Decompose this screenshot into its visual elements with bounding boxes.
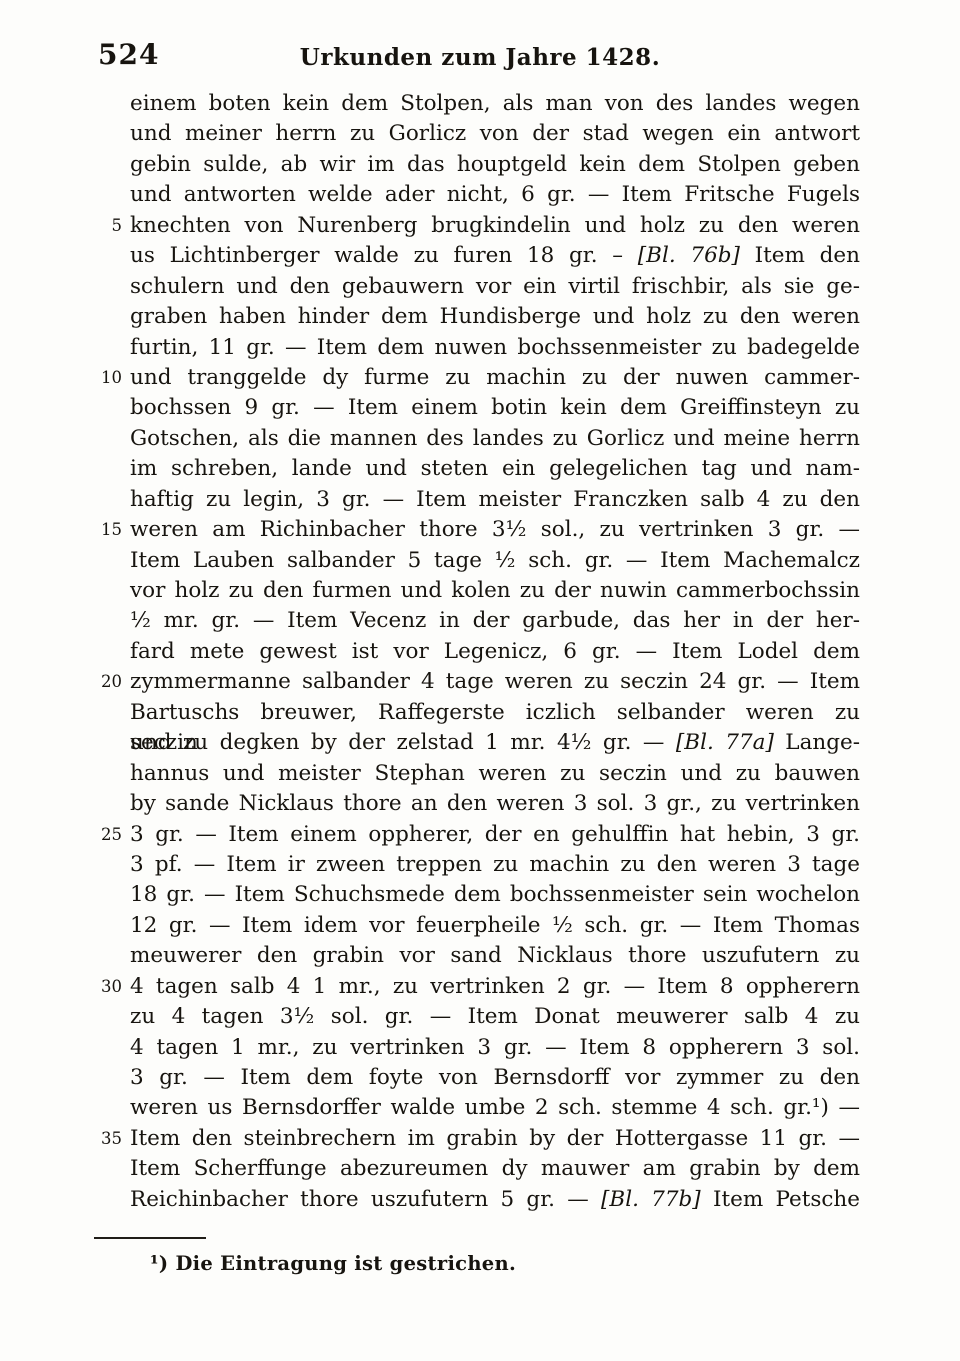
line-text: 3 pf. — Item ir zween treppen zu machin … xyxy=(130,850,860,880)
footnote-marker: ¹) xyxy=(150,1252,168,1275)
line-text: im schreben, lande und steten ein gelege… xyxy=(130,454,860,484)
text-line: 15weren am Richinbacher thore 3½ sol., z… xyxy=(130,515,860,545)
text-line: Reichinbacher thore uszufutern 5 gr. — [… xyxy=(130,1185,860,1215)
line-text: haftig zu legin, 3 gr. — Item meister Fr… xyxy=(130,485,860,515)
text-line: 18 gr. — Item Schuchsmede dem bochssenme… xyxy=(130,880,860,910)
line-text: schulern und den gebauwern vor ein virti… xyxy=(130,272,860,302)
text-line: 3 gr. — Item dem foyte von Bernsdorff vo… xyxy=(130,1063,860,1093)
text-line: gebin sulde, ab wir im das houptgeld kei… xyxy=(130,150,860,180)
line-text: furtin, 11 gr. — Item dem nuwen bochssen… xyxy=(130,333,860,363)
running-title: Urkunden zum Jahre 1428. xyxy=(0,44,960,71)
line-text: by sande Nicklaus thore an den weren 3 s… xyxy=(130,789,860,819)
line-text: einem boten kein dem Stolpen, als man vo… xyxy=(130,89,860,119)
text-line: Gotschen, als die mannen des landes zu G… xyxy=(130,424,860,454)
text-line: by sande Nicklaus thore an den weren 3 s… xyxy=(130,789,860,819)
text-line: 304 tagen salb 4 1 mr., zu vertrinken 2 … xyxy=(130,972,860,1002)
line-text: und tranggelde dy furme zu machin zu der… xyxy=(130,363,860,393)
line-text: und antworten welde ader nicht, 6 gr. — … xyxy=(130,180,860,210)
line-text: 3 gr. — Item einem oppherer, der en gehu… xyxy=(130,820,860,850)
text-line: bochssen 9 gr. — Item einem botin kein d… xyxy=(130,393,860,423)
text-line: 20zymmermanne salbander 4 tage weren zu … xyxy=(130,667,860,697)
text-line: 35Item den steinbrechern im grabin by de… xyxy=(130,1124,860,1154)
text-line: einem boten kein dem Stolpen, als man vo… xyxy=(130,89,860,119)
line-text: 4 tagen 1 mr., zu vertrinken 3 gr. — Ite… xyxy=(130,1033,860,1063)
text-line: weren us Bernsdorffer walde umbe 2 sch. … xyxy=(130,1093,860,1123)
text-line: meuwerer den grabin vor sand Nicklaus th… xyxy=(130,941,860,971)
line-text: vor holz zu den furmen und kolen zu der … xyxy=(130,576,860,606)
text-line: 5knechten von Nurenberg brugkindelin und… xyxy=(130,211,860,241)
text-line: vor holz zu den furmen und kolen zu der … xyxy=(130,576,860,606)
line-text: Item Lauben salbander 5 tage ½ sch. gr. … xyxy=(130,546,860,576)
line-text: Item den steinbrechern im grabin by der … xyxy=(130,1124,860,1154)
line-text: ½ mr. gr. — Item Vecenz in der garbude, … xyxy=(130,606,860,636)
line-text: 12 gr. — Item idem vor feuerpheile ½ sch… xyxy=(130,911,860,941)
line-text: us Lichtinberger walde zu furen 18 gr. –… xyxy=(130,241,860,271)
text-line: 3 pf. — Item ir zween treppen zu machin … xyxy=(130,850,860,880)
text-line: und antworten welde ader nicht, 6 gr. — … xyxy=(130,180,860,210)
line-text: 3 gr. — Item dem foyte von Bernsdorff vo… xyxy=(130,1063,860,1093)
text-line: schulern und den gebauwern vor ein virti… xyxy=(130,272,860,302)
line-text: weren us Bernsdorffer walde umbe 2 sch. … xyxy=(130,1093,860,1123)
text-line: Bartuschs breuwer, Raffegerste iczlich s… xyxy=(130,698,860,728)
line-text: und meiner herrn zu Gorlicz von der stad… xyxy=(130,119,860,149)
line-text: Item Scherffunge abezureumen dy mauwer a… xyxy=(130,1154,860,1184)
line-text: Reichinbacher thore uszufutern 5 gr. — [… xyxy=(130,1185,860,1215)
text-line: im schreben, lande und steten ein gelege… xyxy=(130,454,860,484)
book-page: 524 Urkunden zum Jahre 1428. einem boten… xyxy=(0,0,960,1361)
text-line: Item Lauben salbander 5 tage ½ sch. gr. … xyxy=(130,546,860,576)
text-line: 253 gr. — Item einem oppherer, der en ge… xyxy=(130,820,860,850)
text-line: furtin, 11 gr. — Item dem nuwen bochssen… xyxy=(130,333,860,363)
line-number: 25 xyxy=(84,820,122,850)
text-line: und zu degken by der zelstad 1 mr. 4½ gr… xyxy=(130,728,860,758)
line-text: zymmermanne salbander 4 tage weren zu se… xyxy=(130,667,860,697)
line-text: hannus und meister Stephan weren zu secz… xyxy=(130,759,860,789)
text-line: 10und tranggelde dy furme zu machin zu d… xyxy=(130,363,860,393)
text-line: fard mete gewest ist vor Legenicz, 6 gr.… xyxy=(130,637,860,667)
text-line: haftig zu legin, 3 gr. — Item meister Fr… xyxy=(130,485,860,515)
text-line: ½ mr. gr. — Item Vecenz in der garbude, … xyxy=(130,606,860,636)
line-text: 18 gr. — Item Schuchsmede dem bochssenme… xyxy=(130,880,860,910)
text-line: graben haben hinder dem Hundisberge und … xyxy=(130,302,860,332)
line-number: 10 xyxy=(84,363,122,393)
line-text: zu 4 tagen 3½ sol. gr. — Item Donat meuw… xyxy=(130,1002,860,1032)
line-number: 20 xyxy=(84,667,122,697)
text-line: und meiner herrn zu Gorlicz von der stad… xyxy=(130,119,860,149)
line-text: bochssen 9 gr. — Item einem botin kein d… xyxy=(130,393,860,423)
text-line: Item Scherffunge abezureumen dy mauwer a… xyxy=(130,1154,860,1184)
footnote-text: Die Eintragung ist gestrichen. xyxy=(175,1252,516,1275)
footnote-rule xyxy=(94,1237,206,1239)
line-text: gebin sulde, ab wir im das houptgeld kei… xyxy=(130,150,860,180)
line-text: fard mete gewest ist vor Legenicz, 6 gr.… xyxy=(130,637,860,667)
footnote: ¹) Die Eintragung ist gestrichen. xyxy=(150,1252,516,1275)
line-text: und zu degken by der zelstad 1 mr. 4½ gr… xyxy=(130,728,860,758)
line-text: weren am Richinbacher thore 3½ sol., zu … xyxy=(130,515,860,545)
line-number: 15 xyxy=(84,515,122,545)
text-line: hannus und meister Stephan weren zu secz… xyxy=(130,759,860,789)
line-number: 35 xyxy=(84,1124,122,1154)
line-number: 30 xyxy=(84,972,122,1002)
text-block: einem boten kein dem Stolpen, als man vo… xyxy=(130,89,860,1215)
text-line: 4 tagen 1 mr., zu vertrinken 3 gr. — Ite… xyxy=(130,1033,860,1063)
text-line: us Lichtinberger walde zu furen 18 gr. –… xyxy=(130,241,860,271)
line-text: knechten von Nurenberg brugkindelin und … xyxy=(130,211,860,241)
text-line: zu 4 tagen 3½ sol. gr. — Item Donat meuw… xyxy=(130,1002,860,1032)
line-text: 4 tagen salb 4 1 mr., zu vertrinken 2 gr… xyxy=(130,972,860,1002)
line-text: Gotschen, als die mannen des landes zu G… xyxy=(130,424,860,454)
line-number: 5 xyxy=(84,211,122,241)
text-line: 12 gr. — Item idem vor feuerpheile ½ sch… xyxy=(130,911,860,941)
line-text: graben haben hinder dem Hundisberge und … xyxy=(130,302,860,332)
line-text: meuwerer den grabin vor sand Nicklaus th… xyxy=(130,941,860,971)
